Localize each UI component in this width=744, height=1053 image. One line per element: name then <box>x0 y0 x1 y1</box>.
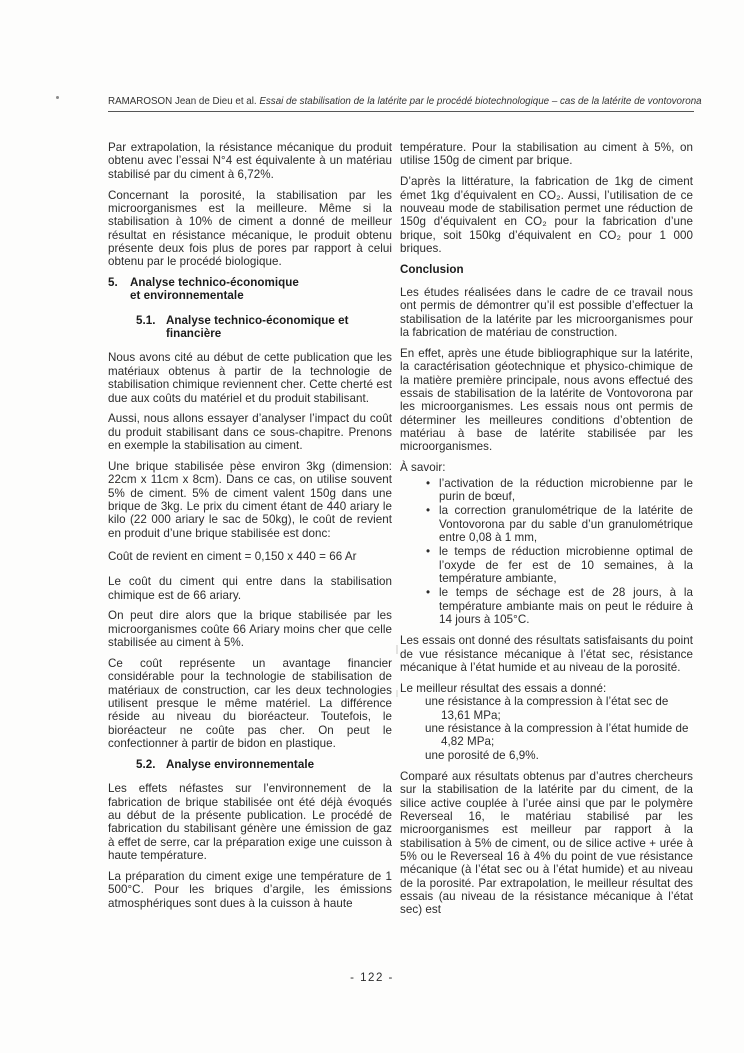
savoir-list: l’activation de la réduction microbienne… <box>400 477 693 627</box>
scanned-paper-page: RAMAROSON Jean de Dieu et al. Essai de s… <box>0 0 744 1053</box>
paragraph-essais: En effet, après une étude bibliographiqu… <box>400 347 693 454</box>
subsection-number: 5.1. <box>136 314 166 341</box>
paragraph-compare: Comparé aux résultats obtenus par d’autr… <box>400 770 693 917</box>
paragraph-moins-cher: On peut dire alors que la brique stabili… <box>108 609 392 649</box>
bullet-item: la correction granulométrique de la laté… <box>426 504 693 544</box>
subsection-heading-5-2: 5.2. Analyse environnementale <box>136 758 392 771</box>
scan-speck <box>56 96 59 99</box>
bullet-text: le temps de séchage est de 28 jours, à l… <box>439 586 693 626</box>
cost-formula: Coût de revient en ciment = 0,150 x 440 … <box>108 550 392 563</box>
scan-speck <box>396 645 398 654</box>
left-column: Par extrapolation, la résistance mécaniq… <box>108 141 392 917</box>
paragraph-cout: Le coût du ciment qui entre dans la stab… <box>108 575 392 602</box>
paragraph-preparation: La préparation du ciment exige une tempé… <box>108 870 392 910</box>
conclusion-heading: Conclusion <box>400 263 693 276</box>
paragraph-porosite: Concernant la porosité, la stabilisation… <box>108 189 392 269</box>
paragraph-aussi: Aussi, nous allons essayer d’analyser l’… <box>108 412 392 452</box>
paragraph-litterature: D’après la littérature, la fabrication d… <box>400 175 693 255</box>
bullet-item: le temps de séchage est de 28 jours, à l… <box>426 586 693 626</box>
section-heading-5: 5. Analyse technico-économique et enviro… <box>108 276 392 303</box>
subsection-number: 5.2. <box>136 758 166 771</box>
right-column: température. Pour la stabilisation au ci… <box>400 141 693 924</box>
best-results-block: Le meilleur résultat des essais a donné:… <box>400 682 693 762</box>
bullet-item: le temps de réduction microbienne optima… <box>426 545 693 585</box>
paragraph-brique: Une brique stabilisée pèse environ 3kg (… <box>108 460 392 540</box>
paragraph-temperature: température. Pour la stabilisation au ci… <box>400 141 693 168</box>
scan-speck <box>396 690 398 697</box>
subsection-title: Analyse technico-économique et financièr… <box>166 314 392 341</box>
bullet-text: le temps de réduction microbienne optima… <box>439 545 693 585</box>
running-head: RAMAROSON Jean de Dieu et al. Essai de s… <box>108 96 694 112</box>
paragraph-etudes: Les études réalisées dans le cadre de ce… <box>400 286 693 339</box>
paragraph-effets: Les effets néfastes sur l’environnement … <box>108 782 392 862</box>
subsection-title: Analyse environnementale <box>166 758 314 771</box>
savoir-label: À savoir: <box>400 461 693 474</box>
running-head-title: Essai de stabilisation de la latérite pa… <box>259 96 701 107</box>
section-number: 5. <box>108 276 130 303</box>
paragraph-resultats: Les essais ont donné des résultats satis… <box>400 634 693 674</box>
result-item: une résistance à la compression à l’état… <box>400 722 693 749</box>
section-title: Analyse technico-économique et environne… <box>130 276 299 303</box>
result-item: une résistance à la compression à l’état… <box>400 695 693 722</box>
page-number: - 122 - <box>0 972 744 984</box>
result-item: une porosité de 6,9%. <box>400 749 693 762</box>
paragraph-extrapolation: Par extrapolation, la résistance mécaniq… <box>108 141 392 181</box>
best-results-label: Le meilleur résultat des essais a donné: <box>400 682 693 695</box>
bullet-item: l’activation de la réduction microbienne… <box>426 477 693 504</box>
running-head-authors: RAMAROSON Jean de Dieu et al. <box>108 96 259 107</box>
paragraph-cite: Nous avons cité au début de cette public… <box>108 351 392 404</box>
paragraph-avantage: Ce coût représente un avantage financier… <box>108 657 392 750</box>
subsection-heading-5-1: 5.1. Analyse technico-économique et fina… <box>136 314 392 341</box>
bullet-text: l’activation de la réduction microbienne… <box>439 477 693 503</box>
bullet-text: la correction granulométrique de la laté… <box>439 504 693 544</box>
